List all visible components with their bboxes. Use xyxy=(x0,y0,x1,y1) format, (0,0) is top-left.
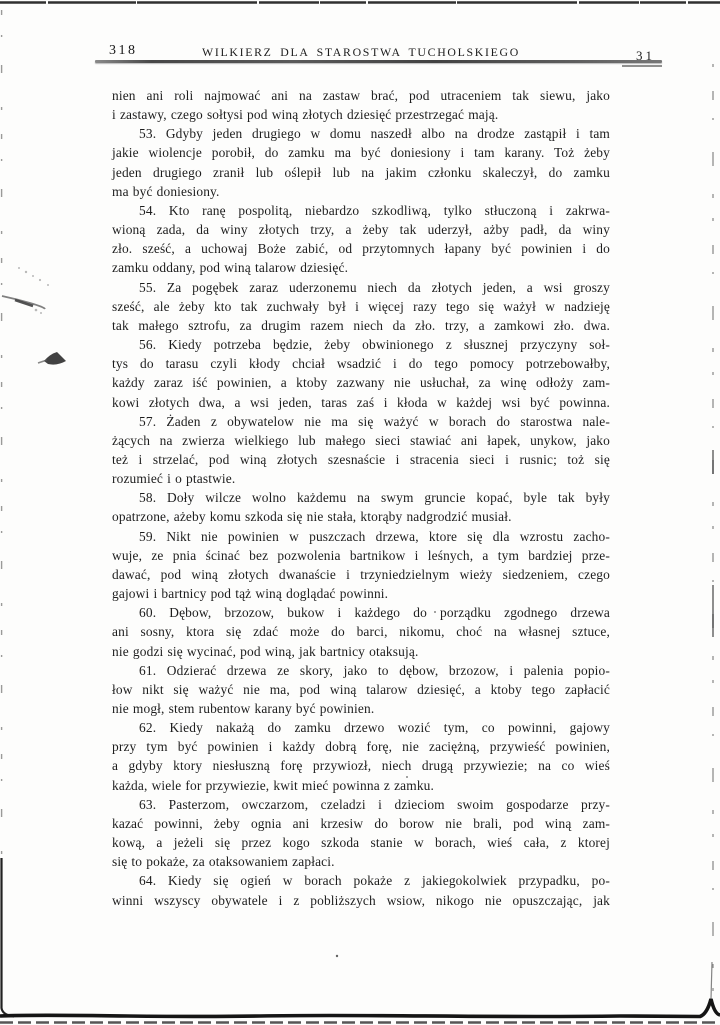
text-line: a gdyby ktory niesłuszną forę przywiozł,… xyxy=(112,756,610,775)
text-line: zamku oddany, pod winą talarow dziesięć. xyxy=(112,258,610,277)
text-line: ma być doniesiony. xyxy=(112,182,610,201)
text-line: 60. Dębow, brzozow, bukow i każdego do p… xyxy=(112,603,610,622)
paragraph: 61. Odzierać drzewa ze skory, jako to dę… xyxy=(112,661,610,718)
text-line: 61. Odzierać drzewa ze skory, jako to dę… xyxy=(112,661,610,680)
text-line: 59. Nikt nie powinien w puszczach drzewa… xyxy=(112,527,610,546)
text-line: jakie wiolencje porobił, do zamku ma być… xyxy=(112,143,610,162)
text-line: kową, a jeżeli się przez kogo szkoda sta… xyxy=(112,833,610,852)
text-line: nie mogł, stem rubentow karany być powin… xyxy=(112,699,610,718)
text-line: tys do tarasu czyli kłody chciał wsadzić… xyxy=(112,354,610,373)
text-line: przy tym być powinien i każdy dobrą forę… xyxy=(112,737,610,756)
text-line: kowi złotych dwa, a wsi jeden, taras zaś… xyxy=(112,393,610,412)
running-title: WILKIERZ DLA STAROSTWA TUCHOLSKIEGO xyxy=(112,45,610,60)
text-line: się to pokaże, za otaksowaniem zapłaci. xyxy=(112,852,610,871)
paragraph: nien ani roli najmować ani na zastaw bra… xyxy=(112,86,610,124)
text-line: 57. Żaden z obywatelow nie ma się ważyć … xyxy=(112,412,610,431)
text-line: jeden drugiego zranił lub oślepił lub na… xyxy=(112,163,610,182)
text-line: każdy zaraz iść powinien, a ktoby zazwan… xyxy=(112,373,610,392)
text-line: 63. Pasterzom, owczarzom, czeladzi i dzi… xyxy=(112,795,610,814)
text-line: wioną zada, da winy złotych trzy, a żeby… xyxy=(112,220,610,239)
text-line: winni wszyscy obywatele i z pobliższych … xyxy=(112,891,610,910)
pencil-check-mark xyxy=(44,352,66,365)
paragraph: 60. Dębow, brzozow, bukow i każdego do p… xyxy=(112,603,610,660)
text-line: rozumieć i o ptastwie. xyxy=(112,469,610,488)
pencil-stroke-mark xyxy=(2,296,45,309)
text-line: i zastawy, czego sołtysi pod winą złotyc… xyxy=(112,105,610,124)
header-rule xyxy=(95,60,662,63)
text-line: opatrzone, ażeby komu szkoda się nie sta… xyxy=(112,507,610,526)
text-line: nie godzi się wycinać, pod winą, jak bar… xyxy=(112,642,610,661)
pencil-stroke-core xyxy=(15,300,33,306)
text-line: zło. sześć, a uchowaj Boże zabić, od prz… xyxy=(112,239,610,258)
paragraph: 62. Kiedy nakażą do zamku drzewo wozić t… xyxy=(112,718,610,795)
text-line: 54. Kto ranę pospolitą, niebardzo szkodl… xyxy=(112,201,610,220)
text-line: ani sosny, ktora się zdać może do barci,… xyxy=(112,622,610,641)
header-rule-right xyxy=(622,65,662,67)
paragraph: 56. Kiedy potrzeba będzie, żeby obwinion… xyxy=(112,335,610,412)
text-line: gajowi i bartnicy pod tąż winą doglądać … xyxy=(112,584,610,603)
paragraph: 54. Kto ranę pospolitą, niebardzo szkodl… xyxy=(112,201,610,278)
scan-edge-left-solid xyxy=(2,858,15,1017)
text-block: nien ani roli najmować ani na zastaw bra… xyxy=(112,86,610,910)
paragraph: 53. Gdyby jeden drugiego w domu naszedł … xyxy=(112,124,610,201)
text-line: 56. Kiedy potrzeba będzie, żeby obwinion… xyxy=(112,335,610,354)
text-line: 62. Kiedy nakażą do zamku drzewo wozić t… xyxy=(112,718,610,737)
text-line: 55. Za pogębek zaraz uderzonemu niech da… xyxy=(112,278,610,297)
text-line: żących na zwierza wielkiego lub małego s… xyxy=(112,431,610,450)
text-line: tak małego sztrofu, za drugim razem niec… xyxy=(112,316,610,335)
scan-edge-bottom xyxy=(0,999,720,1017)
text-line: łow nikt się ważyć nie ma, pod winą tala… xyxy=(112,680,610,699)
paragraph: 58. Doły wilcze wolno każdemu na swym gr… xyxy=(112,488,610,526)
paragraph: 63. Pasterzom, owczarzom, czeladzi i dzi… xyxy=(112,795,610,872)
paragraph: 55. Za pogębek zaraz uderzonemu niech da… xyxy=(112,278,610,335)
text-line: wuje, ze pnia ścinać bez pozwolenia bart… xyxy=(112,546,610,565)
pencil-speckles xyxy=(18,267,49,314)
text-line: kazać powinni, żeby ognia ani krzesiw do… xyxy=(112,814,610,833)
text-line: sześć, ale żeby kto tak zuchwały był i w… xyxy=(112,297,610,316)
scan-edge-bottom-spike xyxy=(711,962,712,999)
text-line: 58. Doły wilcze wolno każdemu na swym gr… xyxy=(112,488,610,507)
text-line: dawać, pod winą złotych dwanaście i trzy… xyxy=(112,565,610,584)
paragraph: 59. Nikt nie powinien w puszczach drzewa… xyxy=(112,527,610,604)
scanned-page: 318 WILKIERZ DLA STAROSTWA TUCHOLSKIEGO … xyxy=(0,0,720,1025)
text-line: nien ani roli najmować ani na zastaw bra… xyxy=(112,86,610,105)
text-line: też i strzelać, pod winą złotych szesnaś… xyxy=(112,450,610,469)
text-line: każda, wiele for przywiezie, kwit mieć p… xyxy=(112,776,610,795)
paragraph: 57. Żaden z obywatelow nie ma się ważyć … xyxy=(112,412,610,489)
paragraph: 64. Kiedy się ogień w borach pokaże z ja… xyxy=(112,871,610,909)
page-header: 318 WILKIERZ DLA STAROSTWA TUCHOLSKIEGO … xyxy=(0,0,720,70)
pencil-check-tail xyxy=(38,360,47,363)
text-line: 53. Gdyby jeden drugiego w domu naszedł … xyxy=(112,124,610,143)
text-line: 64. Kiedy się ogień w borach pokaże z ja… xyxy=(112,871,610,890)
